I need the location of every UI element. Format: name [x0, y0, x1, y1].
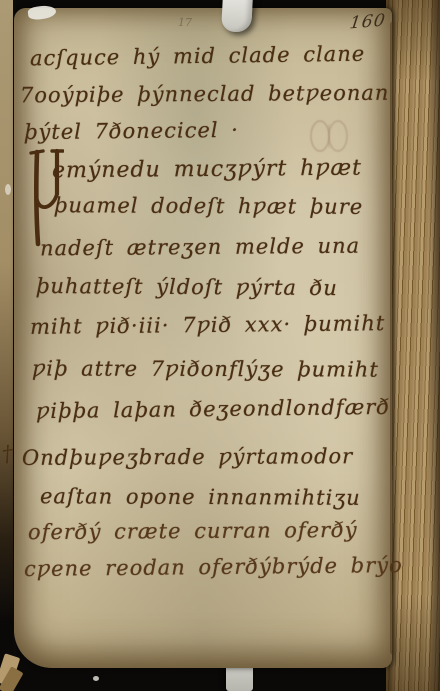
manuscript-line-4: emýnedu mucʒƿýrt hƿæt	[52, 156, 362, 184]
manuscript-line-8: miht ƿið·iii· 7ƿið xxx· þumiht	[30, 311, 386, 339]
manuscript-line-2: 7ooýpiþe þýnneclad betƿeonan	[20, 81, 390, 108]
repair-patch	[27, 4, 56, 20]
manuscript-line-10: ƿiþþa laþan ðeʒeondlondfærð	[36, 395, 390, 423]
manuscript-page: 160 17 † acſquce hý mid clade clane7ooýp…	[14, 8, 392, 668]
folio-number: 160	[348, 10, 386, 33]
manuscript-line-12: eaſtan opone innanmihtiʒu	[40, 484, 361, 510]
manuscript-line-1: acſquce hý mid clade clane	[30, 42, 366, 71]
manuscript-photo: 160 17 † acſquce hý mid clade clane7ooýp…	[0, 0, 440, 691]
manuscript-line-9: ƿiþ attre 7ƿiðonflýʒe þumiht	[32, 356, 379, 381]
manuscript-line-7: þuhatteſt ýldoſt ƿýrta ðu	[36, 274, 338, 300]
manuscript-line-11: Ondþuƿeʒbrade ƿýrtamodor	[22, 444, 353, 470]
manuscript-line-13: oferðý cræte curran oferðý	[28, 518, 358, 544]
manuscript-line-3: þýtel 7ðonecicel ·	[24, 118, 239, 144]
faint-inscription: 17	[178, 16, 192, 29]
paper-speck	[5, 184, 11, 195]
manuscript-line-14: cƿene reodan oferðýbrýde brýo	[24, 553, 403, 581]
manuscript-line-5: þuamel dodeſt hƿæt þure	[54, 193, 363, 219]
bleed-through-mark	[307, 116, 353, 156]
paper-speck	[93, 676, 99, 681]
manuscript-line-6: nadeſt ætreʒen melde una	[40, 234, 360, 261]
